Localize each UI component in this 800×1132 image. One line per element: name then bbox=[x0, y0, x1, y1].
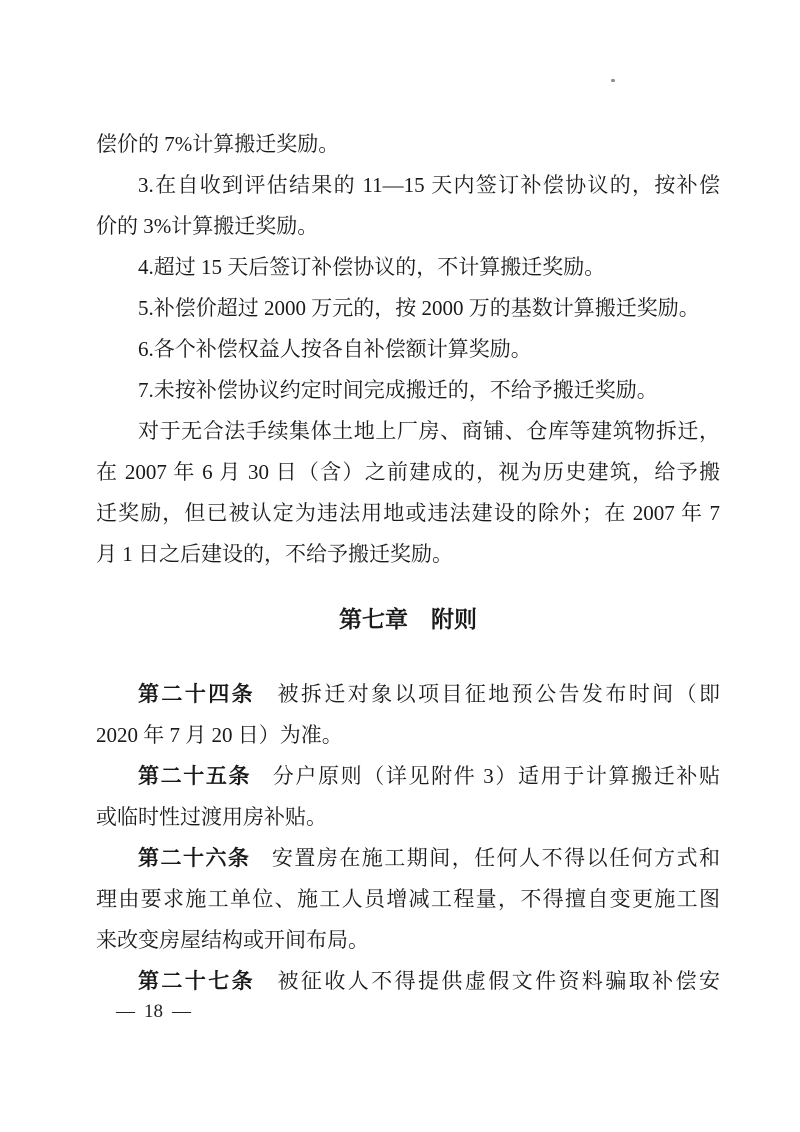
footer-dash-left: — bbox=[116, 1001, 135, 1022]
article-line: 或临时性过渡用房补贴。 bbox=[96, 797, 720, 838]
chapter-label: 第七章 bbox=[339, 607, 408, 632]
article-number: 第二十五条 bbox=[138, 764, 251, 788]
body-line: 3.在自收到评估结果的 11—15 天内签订补偿协议的，按补偿 bbox=[96, 165, 720, 206]
body-line: 在 2007 年 6 月 30 日（含）之前建成的，视为历史建筑，给予搬 bbox=[96, 452, 720, 493]
article-text: 安置房在施工期间，任何人不得以任何方式和 bbox=[270, 846, 720, 870]
article-paragraph: 第二十四条被拆迁对象以项目征地预公告发布时间（即 2020 年 7 月 20 日… bbox=[96, 674, 720, 756]
article-paragraph: 第二十六条安置房在施工期间，任何人不得以任何方式和 理由要求施工单位、施工人员增… bbox=[96, 838, 720, 961]
body-line: 偿价的 7%计算搬迁奖励。 bbox=[96, 124, 720, 165]
page-footer: —18— bbox=[116, 1001, 191, 1023]
article-number: 第二十六条 bbox=[138, 846, 250, 870]
body-line: 5.补偿价超过 2000 万元的，按 2000 万的基数计算搬迁奖励。 bbox=[96, 288, 720, 329]
paragraph: 4.超过 15 天后签订补偿协议的，不计算搬迁奖励。 bbox=[96, 247, 720, 288]
article-line: 理由要求施工单位、施工人员增减工程量，不得擅自变更施工图 bbox=[96, 879, 720, 920]
article-line: 2020 年 7 月 20 日）为准。 bbox=[96, 715, 720, 756]
article-paragraph: 第二十五条分户原则（详见附件 3）适用于计算搬迁补贴 或临时性过渡用房补贴。 bbox=[96, 756, 720, 838]
article-line: 第二十七条被征收人不得提供虚假文件资料骗取补偿安 bbox=[96, 961, 720, 1002]
article-number: 第二十四条 bbox=[138, 682, 255, 706]
paragraph: 7.未按补偿协议约定时间完成搬迁的，不给予搬迁奖励。 bbox=[96, 370, 720, 411]
chapter-heading: 第七章附则 bbox=[96, 599, 720, 640]
article-text: 分户原则（详见附件 3）适用于计算搬迁补贴 bbox=[271, 764, 720, 788]
body-line: 对于无合法手续集体土地上厂房、商铺、仓库等建筑物拆迁， bbox=[96, 411, 720, 452]
article-line: 来改变房屋结构或开间布局。 bbox=[96, 920, 720, 961]
chapter-title: 附则 bbox=[431, 607, 477, 632]
paragraph: 3.在自收到评估结果的 11—15 天内签订补偿协议的，按补偿 价的 3%计算搬… bbox=[96, 165, 720, 247]
article-line: 第二十四条被拆迁对象以项目征地预公告发布时间（即 bbox=[96, 674, 720, 715]
article-number: 第二十七条 bbox=[138, 969, 255, 993]
footer-dash-right: — bbox=[172, 1001, 191, 1022]
body-line: 迁奖励，但已被认定为违法用地或违法建设的除外；在 2007 年 7 bbox=[96, 493, 720, 534]
article-text: 被征收人不得提供虚假文件资料骗取补偿安 bbox=[275, 969, 720, 993]
article-line: 第二十六条安置房在施工期间，任何人不得以任何方式和 bbox=[96, 838, 720, 879]
paragraph: 对于无合法手续集体土地上厂房、商铺、仓库等建筑物拆迁， 在 2007 年 6 月… bbox=[96, 411, 720, 575]
paragraph: 偿价的 7%计算搬迁奖励。 bbox=[96, 124, 720, 165]
paragraph: 5.补偿价超过 2000 万元的，按 2000 万的基数计算搬迁奖励。 bbox=[96, 288, 720, 329]
body-line: 4.超过 15 天后签订补偿协议的，不计算搬迁奖励。 bbox=[96, 247, 720, 288]
article-text: 被拆迁对象以项目征地预公告发布时间（即 bbox=[275, 682, 720, 706]
article-line: 第二十五条分户原则（详见附件 3）适用于计算搬迁补贴 bbox=[96, 756, 720, 797]
document-page: 偿价的 7%计算搬迁奖励。 3.在自收到评估结果的 11—15 天内签订补偿协议… bbox=[0, 0, 800, 1132]
page-number: 18 bbox=[144, 1001, 163, 1022]
document-body: 偿价的 7%计算搬迁奖励。 3.在自收到评估结果的 11—15 天内签订补偿协议… bbox=[96, 124, 720, 1002]
body-line: 6.各个补偿权益人按各自补偿额计算奖励。 bbox=[96, 329, 720, 370]
scan-artifact-dot bbox=[611, 79, 615, 82]
body-line: 价的 3%计算搬迁奖励。 bbox=[96, 206, 720, 247]
body-line: 月 1 日之后建设的，不给予搬迁奖励。 bbox=[96, 534, 720, 575]
paragraph: 6.各个补偿权益人按各自补偿额计算奖励。 bbox=[96, 329, 720, 370]
article-paragraph: 第二十七条被征收人不得提供虚假文件资料骗取补偿安 bbox=[96, 961, 720, 1002]
body-line: 7.未按补偿协议约定时间完成搬迁的，不给予搬迁奖励。 bbox=[96, 370, 720, 411]
